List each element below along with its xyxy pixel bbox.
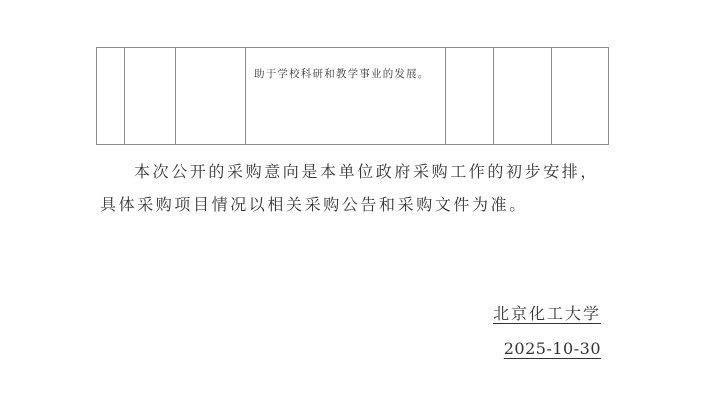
disclaimer-paragraph: 本次公开的采购意向是本单位政府采购工作的初步安排，具体采购项目情况以相关采购公告… (100, 155, 610, 221)
table-cell (446, 48, 494, 145)
table-cell (125, 48, 176, 145)
table-cell (97, 48, 125, 145)
table-row: 助于学校科研和教学事业的发展。 (97, 48, 609, 145)
table-cell (552, 48, 609, 145)
description-text: 助于学校科研和教学事业的发展。 (246, 48, 445, 81)
table-cell (494, 48, 552, 145)
procurement-table: 助于学校科研和教学事业的发展。 (96, 47, 609, 145)
signature-organization: 北京化工大学 (493, 301, 601, 324)
table-cell (176, 48, 246, 145)
table-cell-description: 助于学校科研和教学事业的发展。 (246, 48, 446, 145)
signature-date: 2025-10-30 (504, 339, 601, 358)
